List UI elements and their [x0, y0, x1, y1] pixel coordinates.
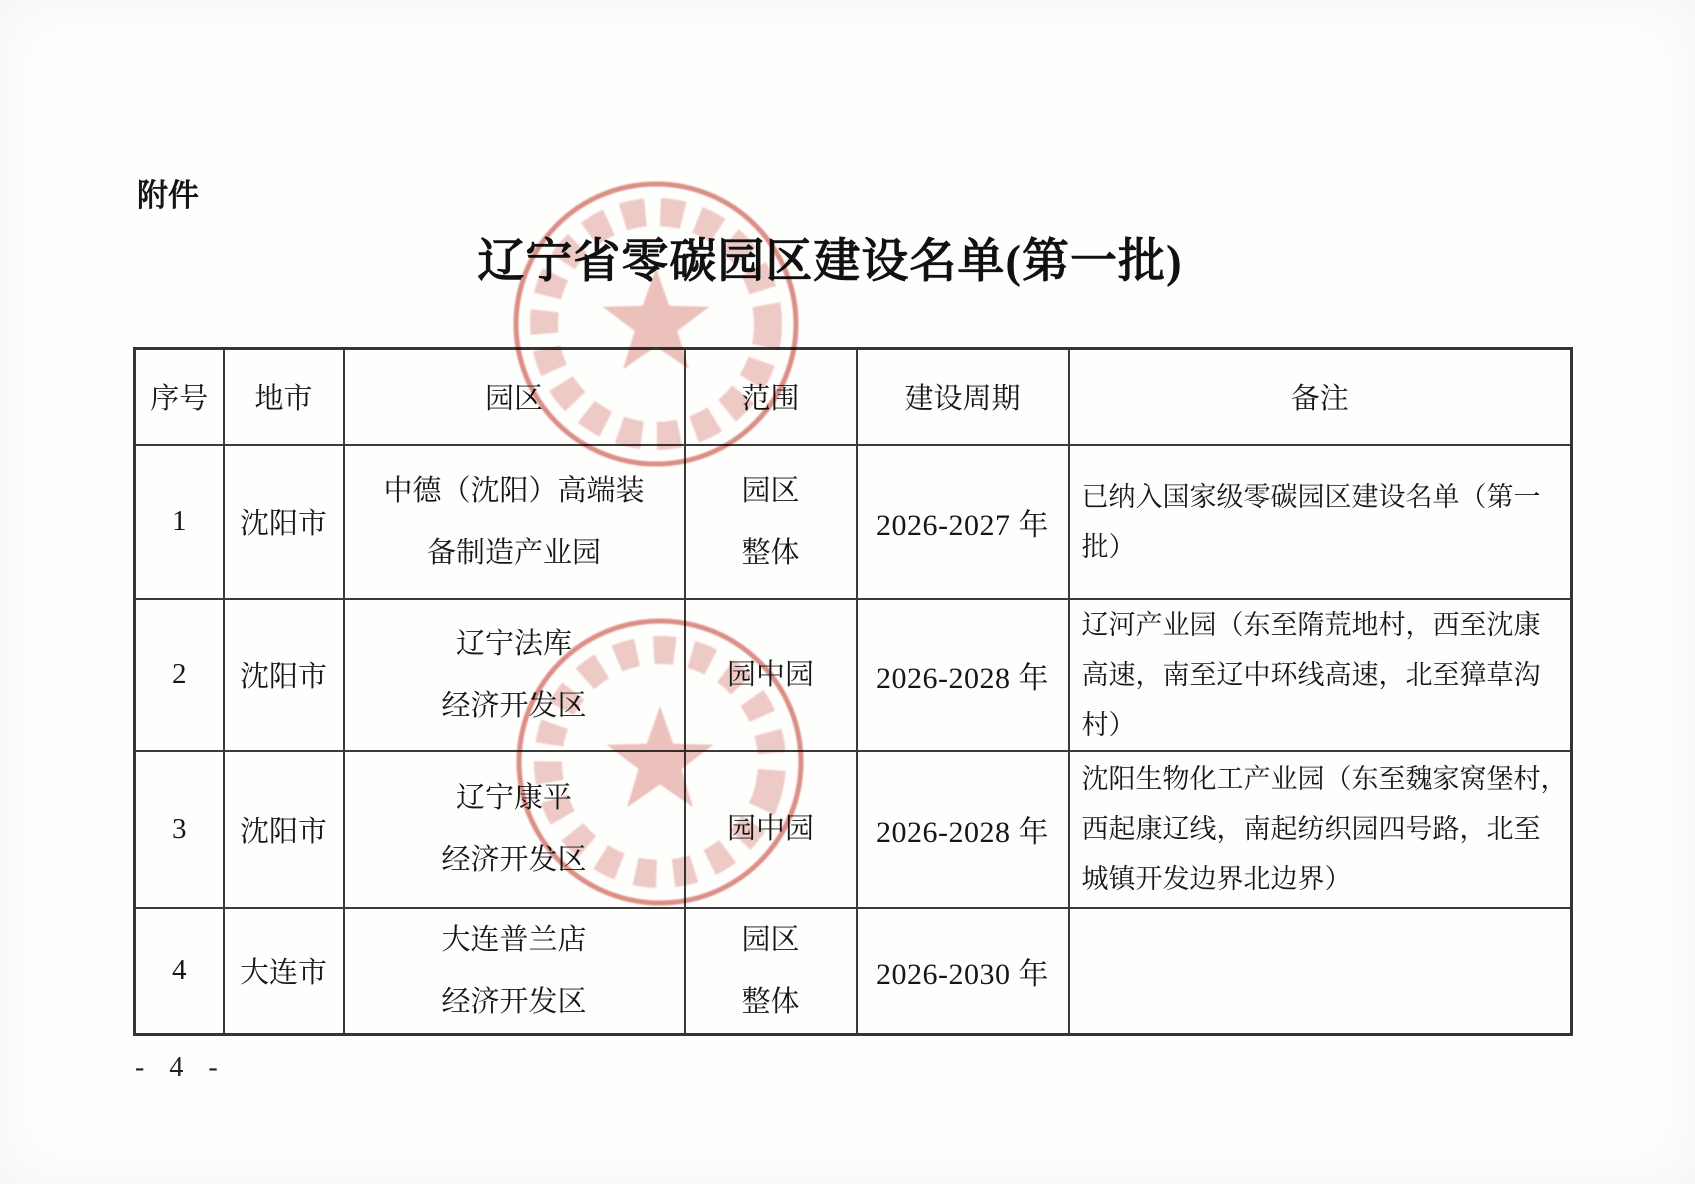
- column-header-park: 园区: [344, 349, 685, 445]
- cell-park: 大连普兰店 经济开发区: [344, 908, 685, 1035]
- cell-no: 2: [135, 599, 224, 751]
- cell-park: 辽宁康平 经济开发区: [344, 751, 685, 908]
- cell-city: 沈阳市: [224, 445, 344, 599]
- cell-period: 2026-2030 年: [857, 908, 1069, 1035]
- page-number: - 4 -: [135, 1052, 227, 1084]
- cell-period: 2026-2028 年: [857, 599, 1069, 751]
- cell-scope: 园中园: [685, 751, 857, 908]
- cell-scope: 园区 整体: [685, 445, 857, 599]
- cell-remark: 已纳入国家级零碳园区建设名单（第一 批）: [1069, 445, 1572, 599]
- cell-no: 4: [135, 908, 224, 1035]
- attachment-label: 附件: [137, 170, 199, 215]
- table-row: 3 沈阳市 辽宁康平 经济开发区 园中园 2026-2028 年 沈阳生物化工产…: [135, 751, 1572, 908]
- cell-remark: 沈阳生物化工产业园（东至魏家窝堡村， 西起康辽线，南起纺织园四号路，北至 城镇开…: [1069, 751, 1572, 908]
- table-row: 1 沈阳市 中德（沈阳）高端装 备制造产业园 园区 整体 2026-2027 年…: [135, 445, 1572, 599]
- cell-remark: 辽河产业园（东至隋荒地村，西至沈康 高速，南至辽中环线高速，北至獐草沟 村）: [1069, 599, 1572, 751]
- cell-city: 大连市: [224, 908, 344, 1035]
- cell-scope: 园区 整体: [685, 908, 857, 1035]
- cell-park: 辽宁法库 经济开发区: [344, 599, 685, 751]
- page-title: 辽宁省零碳园区建设名单(第一批): [0, 224, 1660, 291]
- cell-city: 沈阳市: [224, 751, 344, 908]
- table-header-row: 序号 地市 园区 范围 建设周期 备注: [135, 349, 1572, 445]
- cell-no: 1: [135, 445, 224, 599]
- cell-period: 2026-2028 年: [857, 751, 1069, 908]
- document-page: 附件 辽宁省零碳园区建设名单(第一批) 序号 地市 园区 范围 建设周期 备注 …: [0, 0, 1695, 1184]
- cell-no: 3: [135, 751, 224, 908]
- column-header-scope: 范围: [685, 349, 857, 445]
- cell-park: 中德（沈阳）高端装 备制造产业园: [344, 445, 685, 599]
- table-row: 2 沈阳市 辽宁法库 经济开发区 园中园 2026-2028 年 辽河产业园（东…: [135, 599, 1572, 751]
- table-row: 4 大连市 大连普兰店 经济开发区 园区 整体 2026-2030 年: [135, 908, 1572, 1035]
- cell-period: 2026-2027 年: [857, 445, 1069, 599]
- column-header-no: 序号: [135, 349, 224, 445]
- column-header-remark: 备注: [1069, 349, 1572, 445]
- column-header-period: 建设周期: [857, 349, 1069, 445]
- cell-scope: 园中园: [685, 599, 857, 751]
- cell-remark: [1069, 908, 1572, 1035]
- cell-city: 沈阳市: [224, 599, 344, 751]
- column-header-city: 地市: [224, 349, 344, 445]
- parks-table: 序号 地市 园区 范围 建设周期 备注 1 沈阳市 中德（沈阳）高端装 备制造产…: [133, 347, 1573, 1036]
